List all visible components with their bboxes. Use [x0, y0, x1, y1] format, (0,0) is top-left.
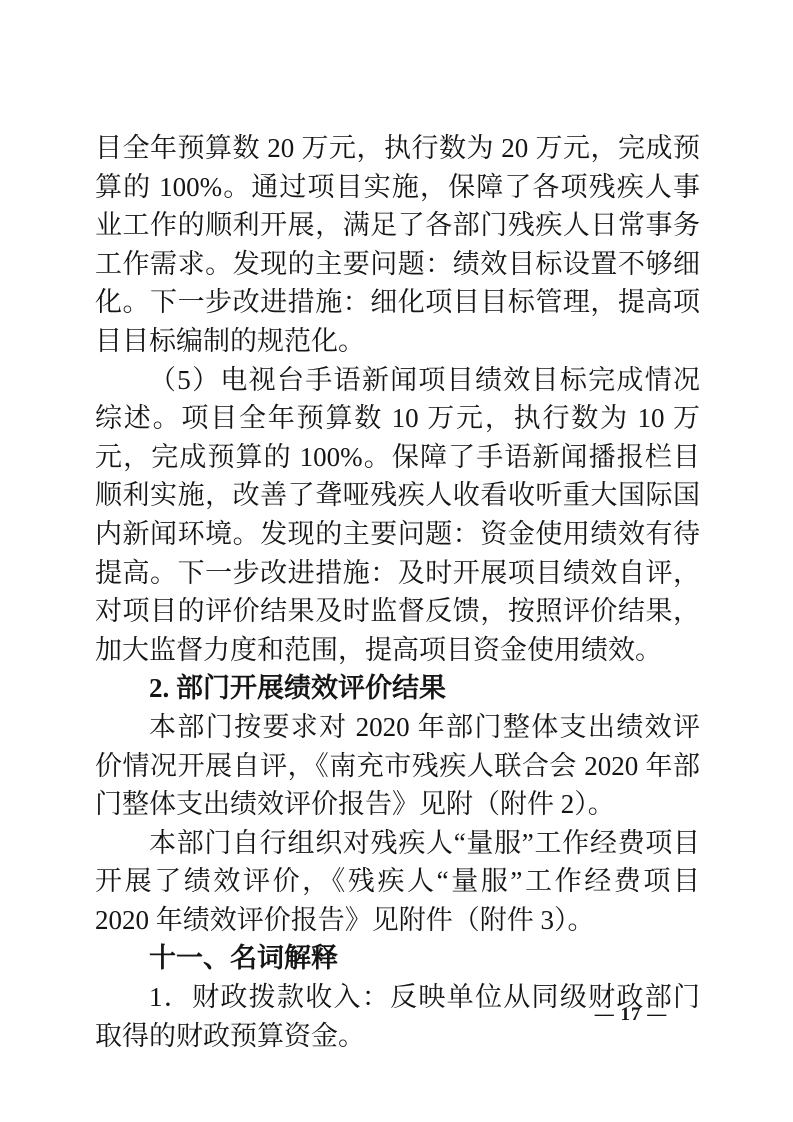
paragraph-budget-completion-summary: 目全年预算数 20 万元，执行数为 20 万元，完成预算的 100%。通过项目实… [95, 129, 700, 361]
page-number: — 17 — [595, 1004, 668, 1025]
section-heading-glossary: 十一、名词解释 [95, 939, 700, 978]
paragraph-department-self-evaluation: 本部门按要求对 2020 年部门整体支出绩效评价情况开展自评，《南充市残疾人联合… [95, 708, 700, 824]
paragraph-tv-sign-language-news-project: （5）电视台手语新闻项目绩效目标完成情况综述。项目全年预算数 10 万元，执行数… [95, 361, 700, 670]
page-footer: — 17 — [566, 1004, 696, 1026]
document-page: 目全年预算数 20 万元，执行数为 20 万元，完成预算的 100%。通过项目实… [0, 0, 793, 1122]
document-body: 目全年预算数 20 万元，执行数为 20 万元，完成预算的 100%。通过项目实… [95, 129, 700, 1055]
paragraph-liangfu-project-evaluation: 本部门自行组织对残疾人“量服”工作经费项目开展了绩效评价，《残疾人“量服”工作经… [95, 824, 700, 940]
section-heading-performance-evaluation-results: 2. 部门开展绩效评价结果 [95, 669, 700, 708]
